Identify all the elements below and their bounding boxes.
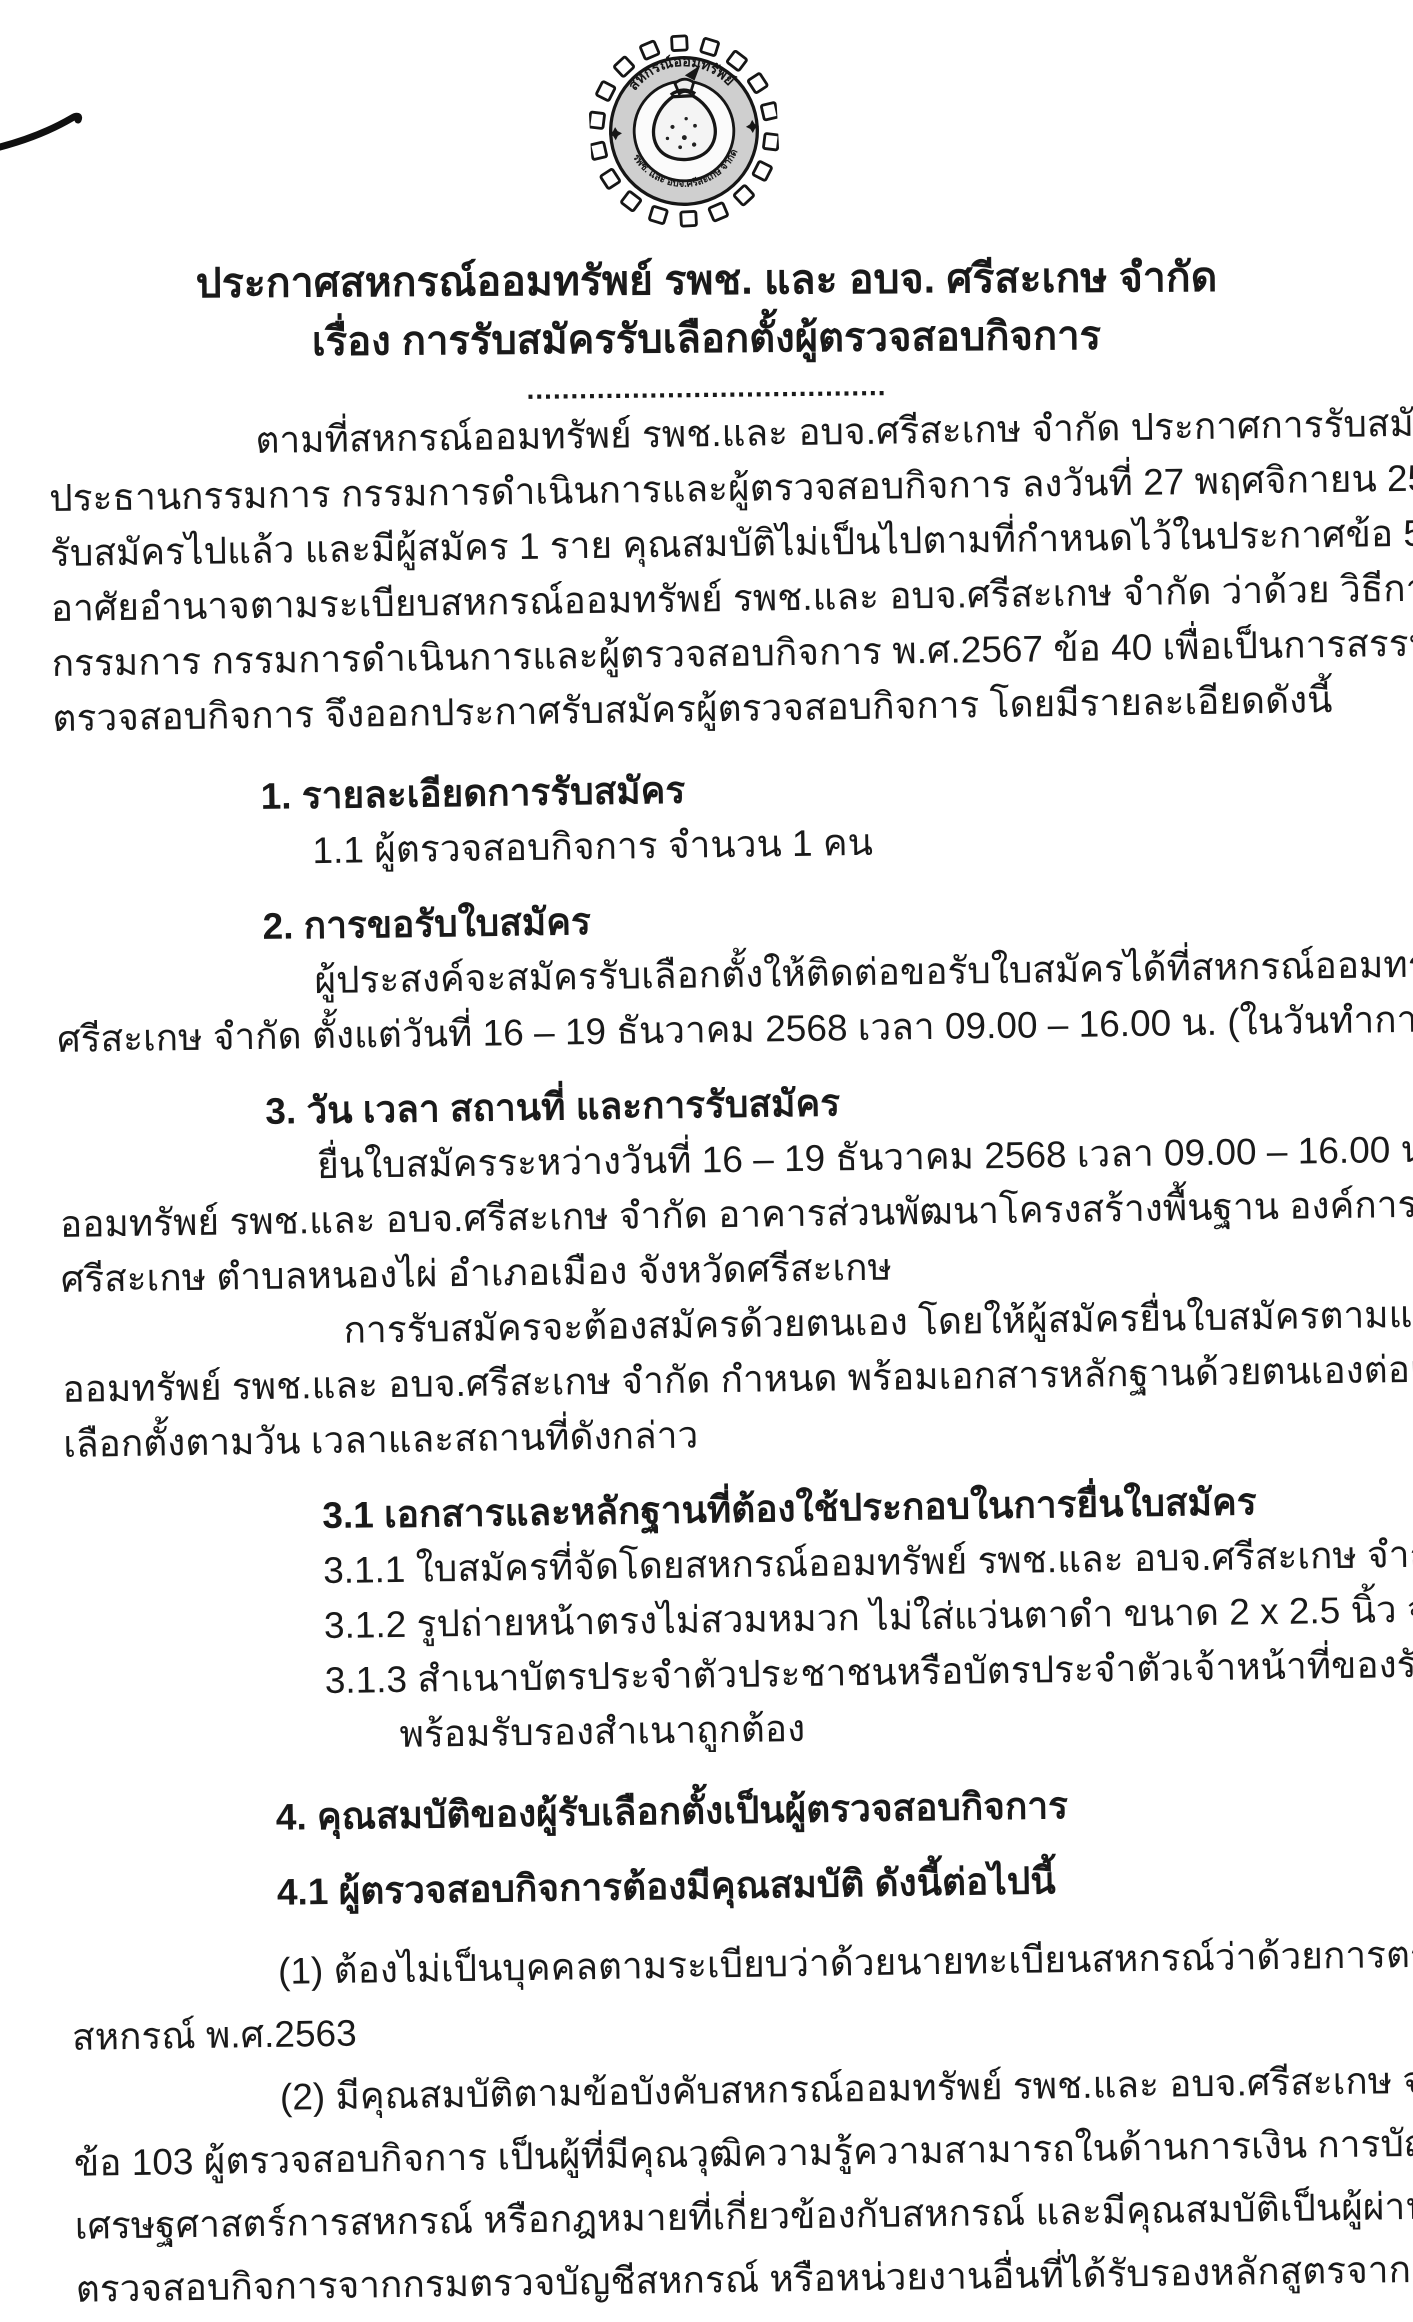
cooperative-seal-logo: สหกรณ์ออมทรัพย์ รพช. และ อบจ.ศรีสะเกษ จำ… [585, 25, 783, 237]
document-subject: เรื่อง การรับสมัครรับเลือกตั้งผู้ตรวจสอบ… [0, 300, 1413, 375]
pen-stroke-mark [0, 92, 104, 162]
section-4-1-heading: 4.1 ผู้ตรวจสอบกิจการต้องมีคุณสมบัติ ดังน… [70, 1848, 1401, 1923]
document-body: ตามที่สหกรณ์ออมทรัพย์ รพช.และ อบจ.ศรีสะเ… [48, 396, 1406, 2321]
scanned-announcement-page: สหกรณ์ออมทรัพย์ รพช. และ อบจ.ศรีสะเกษ จำ… [0, 0, 1413, 2322]
section-4-heading: 4. คุณสมบัติของผู้รับเลือกตั้งเป็นผู้ตรว… [68, 1773, 1399, 1848]
